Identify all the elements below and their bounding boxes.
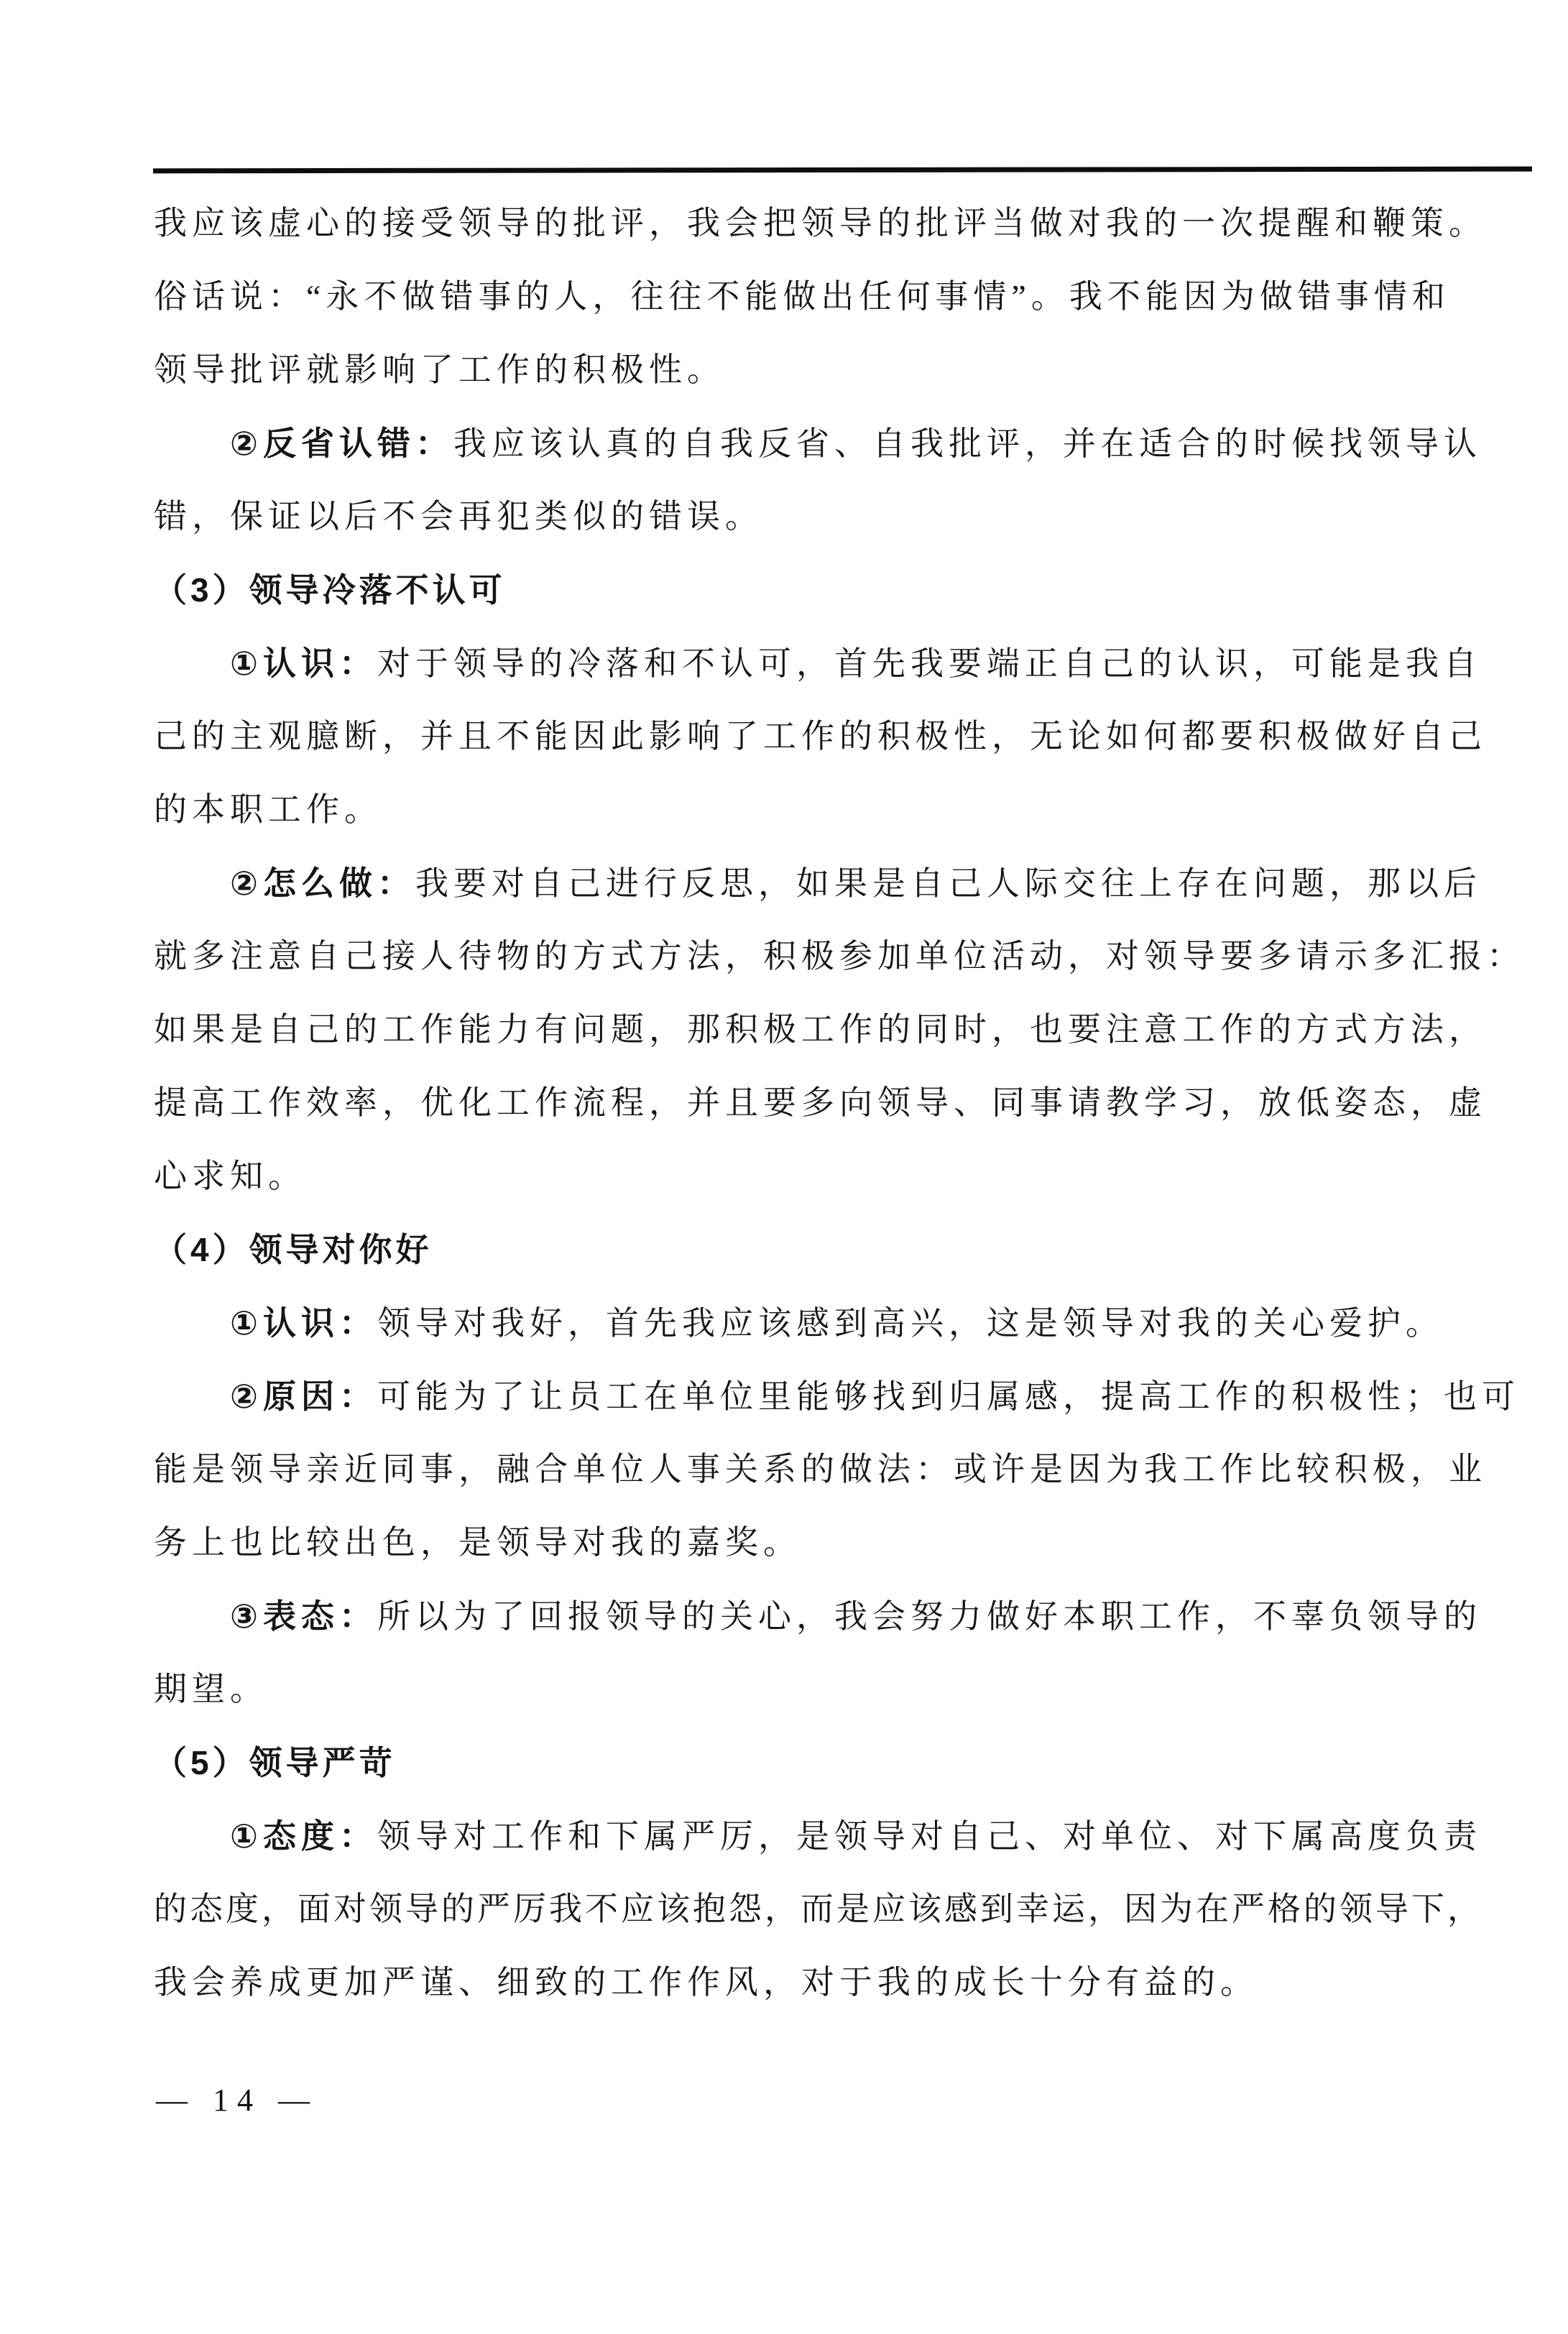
line-text: （3）领导冷落不认可 bbox=[154, 571, 506, 609]
line-text: 领导对工作和下属严厉，是领导对自己、对单位、对下属高度负责 bbox=[377, 1818, 1482, 1855]
line-text: 领导批评就影响了工作的积极性。 bbox=[154, 351, 725, 388]
line-text: 错，保证以后不会再犯类似的错误。 bbox=[154, 498, 763, 535]
text-line: 期望。 bbox=[154, 1653, 1531, 1726]
section-heading: （5）领导严苛 bbox=[154, 1726, 1531, 1799]
text-line: 心求知。 bbox=[154, 1140, 1531, 1213]
document-lines: 我应该虚心的接受领导的批评，我会把领导的批评当做对我的一次提醒和鞭策。俗话说：“… bbox=[154, 187, 1531, 2019]
line-text: 我要对自己进行反思，如果是自己人际交往上存在问题，那以后 bbox=[415, 865, 1482, 902]
text-line: 的态度，面对领导的严厉我不应该抱怨，而是应该感到幸运，因为在严格的领导下， bbox=[154, 1873, 1531, 1946]
line-text: （4）领导对你好 bbox=[154, 1231, 433, 1268]
text-line: 提高工作效率，优化工作流程，并且要多向领导、同事请教学习，放低姿态，虚 bbox=[154, 1066, 1531, 1140]
line-text: 提高工作效率，优化工作流程，并且要多向领导、同事请教学习，放低姿态，虚 bbox=[154, 1084, 1487, 1121]
line-text: 的态度，面对领导的严厉我不应该抱怨，而是应该感到幸运，因为在严格的领导下， bbox=[154, 1891, 1483, 1927]
text-line: ①认识：领导对我好，首先我应该感到高兴，这是领导对我的关心爱护。 bbox=[154, 1286, 1531, 1360]
page-number: — 14 — bbox=[156, 2061, 318, 2140]
line-text: 对于领导的冷落和不认可，首先我要端正自己的认识，可能是我自 bbox=[377, 645, 1482, 682]
header-rule bbox=[153, 167, 1532, 174]
line-text: 的本职工作。 bbox=[154, 791, 382, 828]
section-heading: （3）领导冷落不认可 bbox=[154, 553, 1531, 627]
text-line: 己的主观臆断，并且不能因此影响了工作的积极性，无论如何都要积极做好自己 bbox=[154, 700, 1531, 773]
paragraph-label: ①认识： bbox=[230, 1304, 377, 1342]
text-line: ②反省认错：我应该认真的自我反省、自我批评，并在适合的时候找领导认 bbox=[154, 407, 1531, 480]
line-text: （5）领导严苛 bbox=[154, 1744, 396, 1781]
text-line: 的本职工作。 bbox=[154, 773, 1531, 847]
paragraph-label: ②反省认错： bbox=[230, 425, 453, 462]
line-text: 务上也比较出色，是领导对我的嘉奖。 bbox=[154, 1524, 801, 1561]
text-line: 领导批评就影响了工作的积极性。 bbox=[154, 333, 1531, 407]
paragraph-label: ③表态： bbox=[230, 1597, 377, 1635]
line-text: 心求知。 bbox=[154, 1158, 306, 1194]
line-text: 期望。 bbox=[154, 1671, 268, 1707]
line-text: 就多注意自己接人待物的方式方法，积极参加单位活动，对领导要多请示多汇报： bbox=[154, 938, 1525, 974]
line-text: 我应该虚心的接受领导的批评，我会把领导的批评当做对我的一次提醒和鞭策。 bbox=[154, 205, 1487, 241]
line-text: 能是领导亲近同事，融合单位人事关系的做法：或许是因为我工作比较积极，业 bbox=[154, 1451, 1487, 1487]
text-line: 俗话说：“永不做错事的人，往往不能做出任何事情”。我不能因为做错事情和 bbox=[154, 260, 1531, 333]
line-text: 领导对我好，首先我应该感到高兴，这是领导对我的关心爱护。 bbox=[377, 1305, 1444, 1342]
document-page: { "page": { "number_label": "— 14 —" }, … bbox=[0, 0, 1568, 2334]
section-heading: （4）领导对你好 bbox=[154, 1213, 1531, 1286]
line-text: 如果是自己的工作能力有问题，那积极工作的同时，也要注意工作的方式方法， bbox=[154, 1011, 1487, 1048]
text-line: ②原因：可能为了让员工在单位里能够找到归属感，提高工作的积极性；也可 bbox=[154, 1360, 1531, 1433]
text-line: 错，保证以后不会再犯类似的错误。 bbox=[154, 480, 1531, 553]
text-line: 如果是自己的工作能力有问题，那积极工作的同时，也要注意工作的方式方法， bbox=[154, 993, 1531, 1066]
text-line: 务上也比较出色，是领导对我的嘉奖。 bbox=[154, 1506, 1531, 1579]
line-text: 所以为了回报领导的关心，我会努力做好本职工作，不辜负领导的 bbox=[377, 1598, 1482, 1635]
text-line: 我应该虚心的接受领导的批评，我会把领导的批评当做对我的一次提醒和鞭策。 bbox=[154, 187, 1531, 260]
line-text: 俗话说：“永不做错事的人，往往不能做出任何事情”。我不能因为做错事情和 bbox=[154, 278, 1450, 315]
line-text: 我会养成更加严谨、细致的工作作风，对于我的成长十分有益的。 bbox=[154, 1964, 1258, 2001]
paragraph-label: ①态度： bbox=[230, 1817, 377, 1855]
paragraph-label: ①认识： bbox=[230, 645, 377, 682]
line-text: 可能为了让员工在单位里能够找到归属感，提高工作的积极性；也可 bbox=[377, 1378, 1520, 1415]
paragraph-label: ②原因： bbox=[230, 1378, 377, 1415]
text-line: ②怎么做：我要对自己进行反思，如果是自己人际交往上存在问题，那以后 bbox=[154, 847, 1531, 920]
text-line: 我会养成更加严谨、细致的工作作风，对于我的成长十分有益的。 bbox=[154, 1946, 1531, 2019]
text-line: ③表态：所以为了回报领导的关心，我会努力做好本职工作，不辜负领导的 bbox=[154, 1579, 1531, 1653]
text-line: ①态度：领导对工作和下属严厉，是领导对自己、对单位、对下属高度负责 bbox=[154, 1799, 1531, 1873]
paragraph-label: ②怎么做： bbox=[230, 864, 415, 902]
text-line: 能是领导亲近同事，融合单位人事关系的做法：或许是因为我工作比较积极，业 bbox=[154, 1433, 1531, 1506]
text-line: ①认识：对于领导的冷落和不认可，首先我要端正自己的认识，可能是我自 bbox=[154, 627, 1531, 700]
text-line: 就多注意自己接人待物的方式方法，积极参加单位活动，对领导要多请示多汇报： bbox=[154, 920, 1531, 993]
line-text: 我应该认真的自我反省、自我批评，并在适合的时候找领导认 bbox=[453, 425, 1482, 462]
line-text: 己的主观臆断，并且不能因此影响了工作的积极性，无论如何都要积极做好自己 bbox=[154, 718, 1487, 755]
